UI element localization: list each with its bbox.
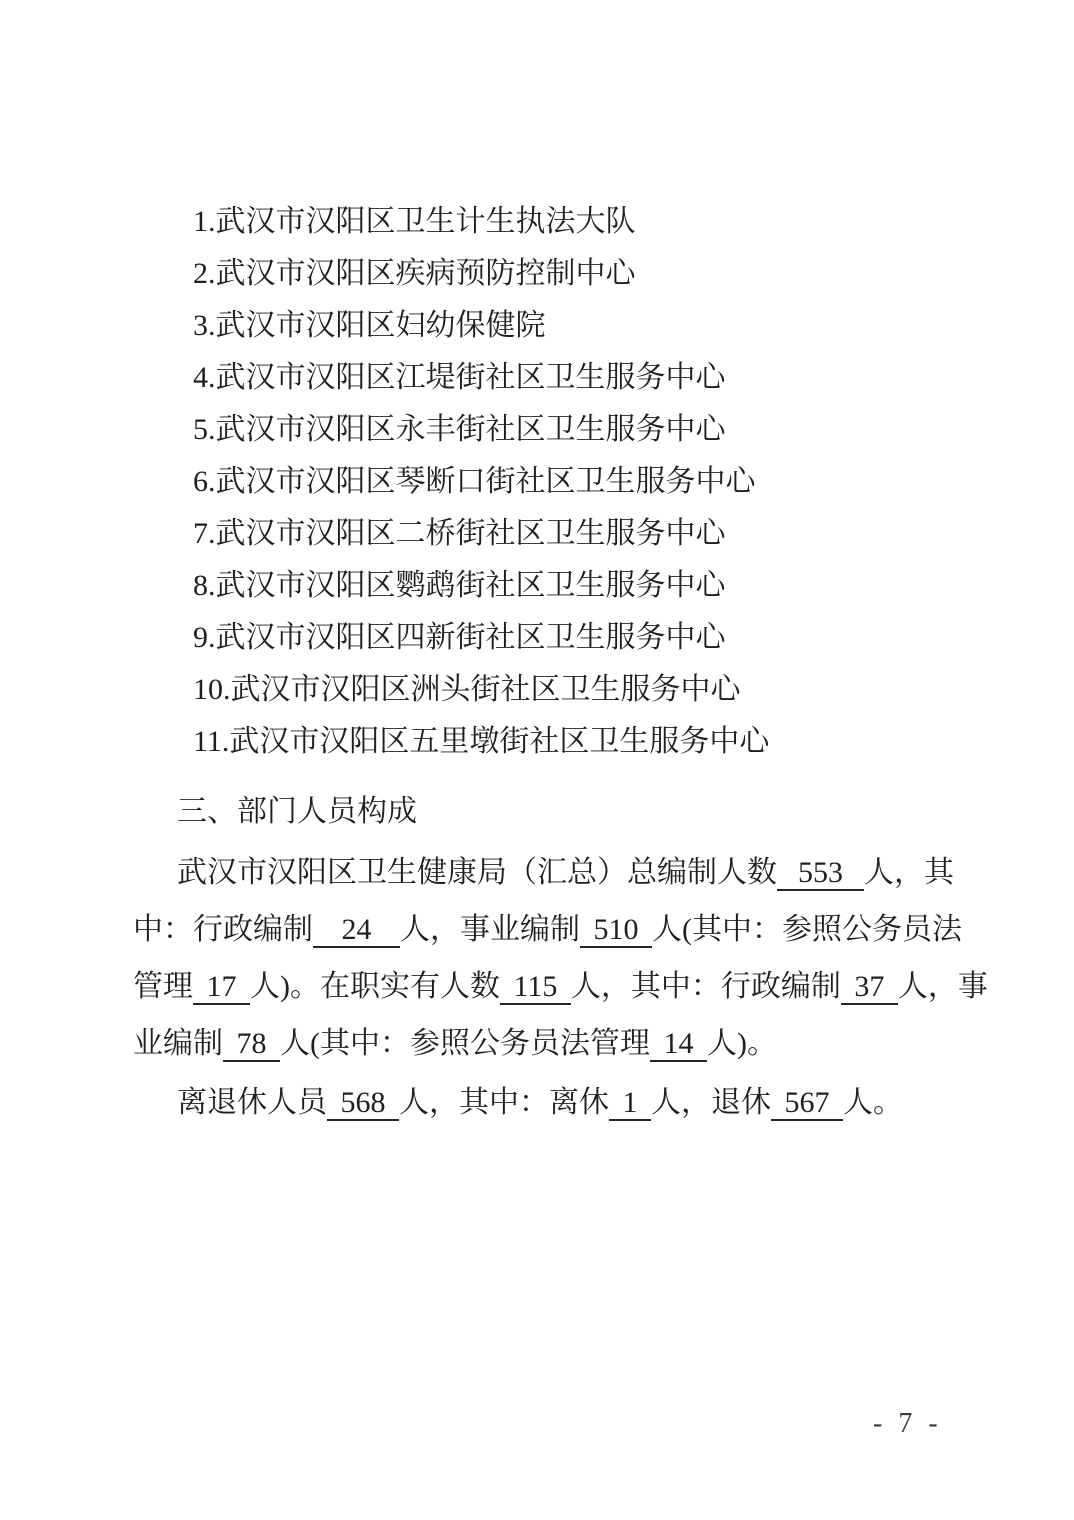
text-run: 人，其中：离休 — [399, 1086, 609, 1119]
filled-blank-value: 510 — [580, 913, 652, 948]
text-line: 管理 17 人)。在职实有人数 115 人，其中：行政编制 37 人，事 — [133, 958, 948, 1015]
institution-list-item: 2.武汉市汉阳区疾病预防控制中心 — [133, 248, 948, 300]
institution-list-item: 4.武汉市汉阳区江堤街社区卫生服务中心 — [133, 352, 948, 404]
text-run: 人(其中：参照公务员法管理 — [280, 1027, 650, 1060]
filled-blank-value: 37 — [841, 970, 898, 1005]
paragraphs: 武汉市汉阳区卫生健康局（汇总）总编制人数 553 人，其中：行政编制 24 人，… — [133, 844, 948, 1131]
institution-list-item: 6.武汉市汉阳区琴断口街社区卫生服务中心 — [133, 456, 948, 508]
text-line: 离退休人员 568 人，其中：离休 1 人，退休 567 人。 — [133, 1074, 948, 1131]
paragraph: 武汉市汉阳区卫生健康局（汇总）总编制人数 553 人，其中：行政编制 24 人，… — [133, 844, 948, 1072]
filled-blank-value: 567 — [771, 1086, 843, 1121]
filled-blank-value: 17 — [193, 970, 250, 1005]
text-run: 人(其中：参照公务员法 — [652, 913, 962, 946]
text-line: 武汉市汉阳区卫生健康局（汇总）总编制人数 553 人，其 — [133, 844, 948, 901]
document-content: 1.武汉市汉阳区卫生计生执法大队2.武汉市汉阳区疾病预防控制中心3.武汉市汉阳区… — [133, 196, 948, 1131]
institution-list-item: 3.武汉市汉阳区妇幼保健院 — [133, 300, 948, 352]
institution-list-item: 1.武汉市汉阳区卫生计生执法大队 — [133, 196, 948, 248]
text-run: 人。 — [843, 1086, 903, 1119]
text-run: 人，退休 — [651, 1086, 771, 1119]
filled-blank-value: 14 — [650, 1027, 707, 1062]
filled-blank-value: 115 — [500, 970, 571, 1005]
filled-blank-value: 24 — [313, 913, 400, 948]
text-run: 离退休人员 — [177, 1086, 327, 1119]
text-run: 业编制 — [133, 1027, 223, 1060]
text-run: 人，事业编制 — [400, 913, 580, 946]
text-run: 人，事 — [898, 970, 988, 1003]
text-line: 中：行政编制 24 人，事业编制 510 人(其中：参照公务员法 — [133, 901, 948, 958]
text-run: 人)。 — [707, 1027, 777, 1060]
institution-list-item: 8.武汉市汉阳区鹦鹉街社区卫生服务中心 — [133, 560, 948, 612]
institution-list-item: 7.武汉市汉阳区二桥街社区卫生服务中心 — [133, 508, 948, 560]
document-page: 1.武汉市汉阳区卫生计生执法大队2.武汉市汉阳区疾病预防控制中心3.武汉市汉阳区… — [0, 0, 1074, 1520]
filled-blank-value: 78 — [223, 1027, 280, 1062]
institution-list-item: 5.武汉市汉阳区永丰街社区卫生服务中心 — [133, 404, 948, 456]
section-heading: 三、部门人员构成 — [133, 786, 948, 838]
institution-list-item: 11.武汉市汉阳区五里墩街社区卫生服务中心 — [133, 716, 948, 768]
text-line: 业编制 78 人(其中：参照公务员法管理 14 人)。 — [133, 1015, 948, 1072]
text-run: 武汉市汉阳区卫生健康局（汇总）总编制人数 — [177, 856, 777, 889]
page-number: - 7 - — [873, 1408, 940, 1440]
text-run: 中：行政编制 — [133, 913, 313, 946]
text-run: 人，其中：行政编制 — [571, 970, 841, 1003]
institution-list: 1.武汉市汉阳区卫生计生执法大队2.武汉市汉阳区疾病预防控制中心3.武汉市汉阳区… — [133, 196, 948, 768]
text-run: 人，其 — [864, 856, 954, 889]
text-run: 人)。在职实有人数 — [250, 970, 500, 1003]
institution-list-item: 10.武汉市汉阳区洲头街社区卫生服务中心 — [133, 664, 948, 716]
paragraph: 离退休人员 568 人，其中：离休 1 人，退休 567 人。 — [133, 1074, 948, 1131]
filled-blank-value: 1 — [609, 1086, 651, 1121]
filled-blank-value: 553 — [777, 856, 864, 891]
institution-list-item: 9.武汉市汉阳区四新街社区卫生服务中心 — [133, 612, 948, 664]
filled-blank-value: 568 — [327, 1086, 399, 1121]
text-run: 管理 — [133, 970, 193, 1003]
